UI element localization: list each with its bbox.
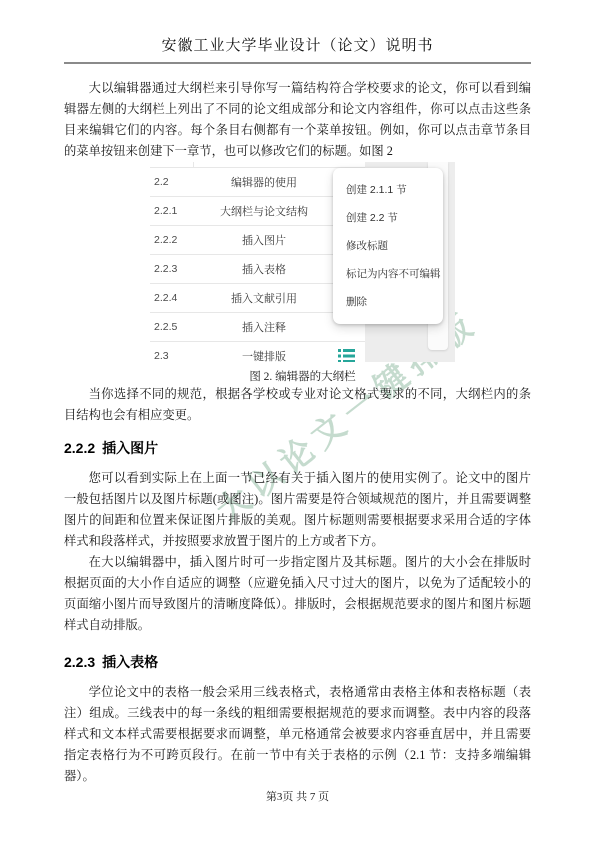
page-title: 安徽工业大学毕业设计（论文）说明书 [0,34,595,55]
outline-title: 插入文献引用 [193,290,335,306]
menu-item-edit-title: 修改标题 [333,232,443,260]
outline-number: 2.2.3 [150,263,193,275]
outline-title: 大纲栏与论文结构 [193,203,335,219]
section-title: 插入图片 [102,440,158,456]
outline-number: 2.3 [150,350,193,362]
outline-number: 2.2.5 [150,321,193,333]
outline-number: 2.2.1 [150,205,193,217]
menu-item-mark-readonly: 标记为内容不可编辑 [333,260,443,288]
menu-item-create-section: 创建 2.2 节 [333,204,443,232]
menu-item-create-subsection: 创建 2.1.1 节 [333,176,443,204]
document-body: 大以编辑器通过大纲栏来引导你写一篇结构符合学校要求的论文，你可以看到编辑器左侧的… [64,78,531,787]
section-number: 2.2.2 [64,440,95,456]
outline-title: 插入注释 [193,319,335,335]
section-heading-223: 2.2.3插入表格 [64,652,531,672]
paragraph: 大以编辑器通过大纲栏来引导你写一篇结构符合学校要求的论文，你可以看到编辑器左侧的… [64,78,531,162]
paragraph: 学位论文中的表格一般会采用三线表格式，表格通常由表格主体和表格标题（表注）组成。… [64,682,531,787]
paragraph: 在大以编辑器中，插入图片时可一步指定图片及其标题。图片的大小会在排版时根据页面的… [64,552,531,636]
toc-list-icon [338,349,355,362]
page-number: 第3页 共 7 页 [266,791,329,803]
figure-caption: 图 2. 编辑器的大纲栏 [150,368,455,384]
outline-title: 编辑器的使用 [193,174,335,190]
figure-2: 2.2 编辑器的使用 2.2.1 大纲栏与论文结构 2.2.2 插入图片 2.2… [150,162,455,384]
paragraph: 您可以看到实际上在上面一节已经有关于插入图片的使用实例了。论文中的图片一般包括图… [64,468,531,552]
section-number: 2.2.3 [64,654,95,670]
outline-row: 2.3 一键排版 [150,342,365,362]
outline-title: 插入表格 [193,261,335,277]
section-title: 插入表格 [102,654,158,670]
outline-number: 2.2 [150,176,193,188]
page-footer: 第3页 共 7 页 [0,788,595,804]
section-heading-222: 2.2.2插入图片 [64,438,531,458]
outline-title: 插入图片 [193,232,335,248]
outline-screenshot: 2.2 编辑器的使用 2.2.1 大纲栏与论文结构 2.2.2 插入图片 2.2… [150,162,455,362]
outline-title: 一键排版 [193,348,335,362]
header-rule [64,62,531,64]
paragraph: 当你选择不同的规范，根据各学校或专业对论文格式要求的不同，大纲栏内的条目结构也会… [64,384,531,426]
page-header: 安徽工业大学毕业设计（论文）说明书 [0,0,595,64]
menu-item-delete: 删除 [333,288,443,316]
outline-number: 2.2.4 [150,292,193,304]
section-context-menu: 创建 2.1.1 节 创建 2.2 节 修改标题 标记为内容不可编辑 删除 [333,168,443,324]
outline-number: 2.2.2 [150,234,193,246]
document-page: 大以论文一键排版 安徽工业大学毕业设计（论文）说明书 大以编辑器通过大纲栏来引导… [0,0,595,842]
